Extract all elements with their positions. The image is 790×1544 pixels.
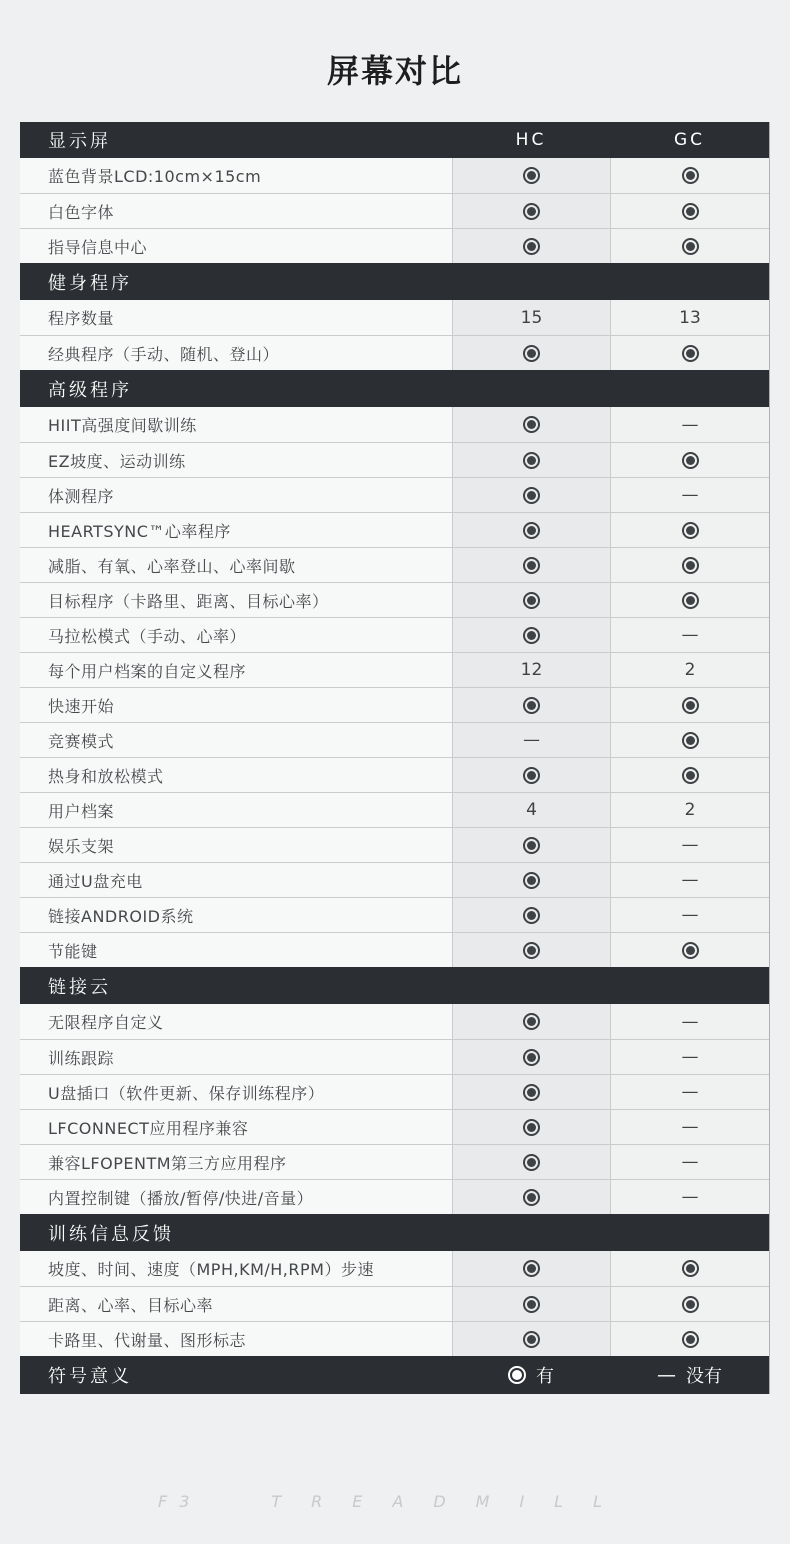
table-row: 娱乐支架—	[20, 827, 769, 862]
hc-value-cell	[452, 1145, 610, 1179]
table-row: 减脂、有氧、心率登山、心率间歇	[20, 547, 769, 582]
fisheye-icon	[523, 1119, 540, 1136]
table-row: 训练跟踪—	[20, 1039, 769, 1074]
fisheye-icon	[523, 1013, 540, 1030]
hc-value-cell	[452, 194, 610, 228]
dash-icon: —	[682, 1012, 699, 1032]
dash-icon: —	[682, 1082, 699, 1102]
hc-value-cell	[452, 1322, 610, 1356]
table-row: 白色字体	[20, 193, 769, 228]
hc-value-cell	[452, 898, 610, 932]
gc-value-cell	[610, 194, 769, 228]
hc-value-cell	[452, 443, 610, 477]
fisheye-icon	[682, 767, 699, 784]
fisheye-icon	[523, 238, 540, 255]
fisheye-icon	[523, 522, 540, 539]
value-text: 15	[521, 308, 543, 328]
row-label: 节能键	[20, 933, 452, 967]
dash-icon: —	[523, 730, 540, 750]
table-row: EZ坡度、运动训练	[20, 442, 769, 477]
row-label: 无限程序自定义	[20, 1004, 452, 1039]
row-label: HIIT高强度间歇训练	[20, 407, 452, 442]
page-title: 屏幕对比	[0, 0, 790, 94]
column-header-gc: GC	[610, 130, 769, 150]
table-row: 链接ANDROID系统—	[20, 897, 769, 932]
fisheye-icon	[523, 167, 540, 184]
fisheye-icon	[523, 1189, 540, 1206]
fisheye-icon	[682, 1296, 699, 1313]
fisheye-icon	[682, 942, 699, 959]
row-label: 每个用户档案的自定义程序	[20, 653, 452, 687]
hc-value-cell	[452, 1180, 610, 1214]
gc-value-cell	[610, 158, 769, 193]
table-row: LFCONNECT应用程序兼容—	[20, 1109, 769, 1144]
fisheye-icon	[682, 1260, 699, 1277]
section-title: 训练信息反馈	[20, 1220, 769, 1246]
gc-value-cell: —	[610, 898, 769, 932]
table-row: 热身和放松模式	[20, 757, 769, 792]
fisheye-icon	[682, 522, 699, 539]
row-label: LFCONNECT应用程序兼容	[20, 1110, 452, 1144]
fisheye-icon	[682, 1331, 699, 1348]
value-text: 4	[526, 800, 537, 820]
section-rows: HIIT高强度间歇训练—EZ坡度、运动训练体测程序—HEARTSYNC™心率程序…	[20, 407, 769, 967]
section-title: 链接云	[20, 973, 769, 999]
gc-value-cell: 2	[610, 653, 769, 687]
legend-present-label: 有	[536, 1362, 554, 1388]
gc-value-cell	[610, 758, 769, 792]
row-label: EZ坡度、运动训练	[20, 443, 452, 477]
section-title: 健身程序	[20, 269, 769, 295]
fisheye-icon	[682, 452, 699, 469]
row-label: HEARTSYNC™心率程序	[20, 513, 452, 547]
hc-value-cell	[452, 548, 610, 582]
dash-icon: —	[682, 1047, 699, 1067]
table-row: 竞赛模式—	[20, 722, 769, 757]
row-label: 白色字体	[20, 194, 452, 228]
hc-value-cell	[452, 933, 610, 967]
hc-value-cell	[452, 478, 610, 512]
hc-value-cell	[452, 618, 610, 652]
table-row: 节能键	[20, 932, 769, 967]
table-row: 经典程序（手动、随机、登山）	[20, 335, 769, 370]
gc-value-cell	[610, 688, 769, 722]
gc-value-cell: —	[610, 618, 769, 652]
watermark-model: F3	[158, 1492, 201, 1511]
fisheye-icon	[508, 1366, 526, 1384]
fisheye-icon	[523, 203, 540, 220]
legend-absent-label: 没有	[686, 1362, 722, 1388]
row-label: 用户档案	[20, 793, 452, 827]
fisheye-icon	[523, 627, 540, 644]
fisheye-icon	[523, 452, 540, 469]
table-row: 内置控制键（播放/暂停/快进/音量）—	[20, 1179, 769, 1214]
hc-value-cell	[452, 828, 610, 862]
hc-value-cell: —	[452, 723, 610, 757]
dash-icon: —	[657, 1364, 676, 1386]
gc-value-cell	[610, 336, 769, 370]
hc-value-cell	[452, 1040, 610, 1074]
fisheye-icon	[523, 557, 540, 574]
gc-value-cell	[610, 933, 769, 967]
row-label: 坡度、时间、速度（MPH,KM/H,RPM）步速	[20, 1251, 452, 1286]
gc-value-cell: —	[610, 1180, 769, 1214]
table-row: 卡路里、代谢量、图形标志	[20, 1321, 769, 1356]
dash-icon: —	[682, 1117, 699, 1137]
table-row: 指导信息中心	[20, 228, 769, 263]
gc-value-cell: 2	[610, 793, 769, 827]
row-label: 快速开始	[20, 688, 452, 722]
hc-value-cell	[452, 1251, 610, 1286]
dash-icon: —	[682, 835, 699, 855]
section-header: 训练信息反馈	[20, 1214, 769, 1251]
hc-value-cell	[452, 1287, 610, 1321]
table-row: 快速开始	[20, 687, 769, 722]
fisheye-icon	[523, 907, 540, 924]
watermark: F3TREADMILL	[0, 1492, 790, 1511]
hc-value-cell	[452, 863, 610, 897]
gc-value-cell	[610, 583, 769, 617]
fisheye-icon	[523, 345, 540, 362]
column-header-hc: HC	[452, 130, 610, 150]
row-label: 蓝色背景LCD:10cm×15cm	[20, 158, 452, 193]
row-label: 通过U盘充电	[20, 863, 452, 897]
value-text: 12	[521, 660, 543, 680]
gc-value-cell: —	[610, 1110, 769, 1144]
hc-value-cell	[452, 158, 610, 193]
row-label: 兼容LFOPENTM第三方应用程序	[20, 1145, 452, 1179]
legend-present: 有	[452, 1362, 610, 1388]
table-row: 体测程序—	[20, 477, 769, 512]
hc-value-cell	[452, 1075, 610, 1109]
dash-icon: —	[682, 1187, 699, 1207]
row-label: 卡路里、代谢量、图形标志	[20, 1322, 452, 1356]
hc-value-cell: 4	[452, 793, 610, 827]
fisheye-icon	[523, 1260, 540, 1277]
gc-value-cell	[610, 513, 769, 547]
section-rows: 坡度、时间、速度（MPH,KM/H,RPM）步速距离、心率、目标心率卡路里、代谢…	[20, 1251, 769, 1356]
table-row: U盘插口（软件更新、保存训练程序）—	[20, 1074, 769, 1109]
fisheye-icon	[523, 942, 540, 959]
fisheye-icon	[523, 1331, 540, 1348]
hc-value-cell	[452, 336, 610, 370]
table-row: 用户档案42	[20, 792, 769, 827]
section-rows: 无限程序自定义—训练跟踪—U盘插口（软件更新、保存训练程序）—LFCONNECT…	[20, 1004, 769, 1214]
gc-value-cell: —	[610, 1075, 769, 1109]
row-label: 竞赛模式	[20, 723, 452, 757]
table-row: 距离、心率、目标心率	[20, 1286, 769, 1321]
table-row: 无限程序自定义—	[20, 1004, 769, 1039]
fisheye-icon	[682, 345, 699, 362]
legend-title: 符号意义	[20, 1362, 452, 1388]
gc-value-cell: —	[610, 828, 769, 862]
row-label: 热身和放松模式	[20, 758, 452, 792]
gc-value-cell: 13	[610, 300, 769, 335]
gc-value-cell	[610, 1251, 769, 1286]
dash-icon: —	[682, 905, 699, 925]
value-text: 2	[685, 800, 696, 820]
gc-value-cell	[610, 443, 769, 477]
fisheye-icon	[523, 592, 540, 609]
value-text: 2	[685, 660, 696, 680]
hc-value-cell	[452, 1110, 610, 1144]
hc-value-cell	[452, 688, 610, 722]
table-row: 程序数量1513	[20, 300, 769, 335]
section-header: 高级程序	[20, 370, 769, 407]
gc-value-cell: —	[610, 478, 769, 512]
fisheye-icon	[523, 416, 540, 433]
hc-value-cell	[452, 513, 610, 547]
gc-value-cell: —	[610, 407, 769, 442]
fisheye-icon	[523, 1084, 540, 1101]
table-row: 目标程序（卡路里、距离、目标心率）	[20, 582, 769, 617]
hc-value-cell	[452, 407, 610, 442]
section-header: 链接云	[20, 967, 769, 1004]
row-label: 内置控制键（播放/暂停/快进/音量）	[20, 1180, 452, 1214]
fisheye-icon	[523, 872, 540, 889]
row-label: 距离、心率、目标心率	[20, 1287, 452, 1321]
gc-value-cell	[610, 1322, 769, 1356]
fisheye-icon	[682, 732, 699, 749]
fisheye-icon	[523, 1049, 540, 1066]
value-text: 13	[679, 308, 701, 328]
table-header-row: 显示屏 HC GC	[20, 122, 769, 158]
row-label: U盘插口（软件更新、保存训练程序）	[20, 1075, 452, 1109]
row-label: 体测程序	[20, 478, 452, 512]
row-label: 训练跟踪	[20, 1040, 452, 1074]
dash-icon: —	[682, 415, 699, 435]
watermark-name: TREADMILL	[271, 1492, 632, 1511]
gc-value-cell	[610, 723, 769, 757]
table-row: HIIT高强度间歇训练—	[20, 407, 769, 442]
hc-value-cell	[452, 583, 610, 617]
fisheye-icon	[682, 592, 699, 609]
fisheye-icon	[523, 767, 540, 784]
dash-icon: —	[682, 870, 699, 890]
comparison-table: 显示屏 HC GC 蓝色背景LCD:10cm×15cm白色字体指导信息中心健身程…	[20, 122, 770, 1394]
dash-icon: —	[682, 485, 699, 505]
table-row: 坡度、时间、速度（MPH,KM/H,RPM）步速	[20, 1251, 769, 1286]
table-body: 蓝色背景LCD:10cm×15cm白色字体指导信息中心健身程序程序数量1513经…	[20, 158, 769, 1356]
fisheye-icon	[682, 203, 699, 220]
legend-row: 符号意义 有 — 没有	[20, 1356, 769, 1394]
gc-value-cell: —	[610, 1004, 769, 1039]
hc-value-cell: 15	[452, 300, 610, 335]
fisheye-icon	[523, 1154, 540, 1171]
gc-value-cell: —	[610, 1145, 769, 1179]
gc-value-cell: —	[610, 1040, 769, 1074]
row-label: 指导信息中心	[20, 229, 452, 263]
section-header: 健身程序	[20, 263, 769, 300]
fisheye-icon	[682, 557, 699, 574]
row-label: 娱乐支架	[20, 828, 452, 862]
hc-value-cell	[452, 758, 610, 792]
row-label: 马拉松模式（手动、心率）	[20, 618, 452, 652]
row-label: 减脂、有氧、心率登山、心率间歇	[20, 548, 452, 582]
row-label: 链接ANDROID系统	[20, 898, 452, 932]
row-label: 经典程序（手动、随机、登山）	[20, 336, 452, 370]
fisheye-icon	[523, 487, 540, 504]
gc-value-cell: —	[610, 863, 769, 897]
hc-value-cell	[452, 1004, 610, 1039]
table-row: 每个用户档案的自定义程序122	[20, 652, 769, 687]
gc-value-cell	[610, 1287, 769, 1321]
legend-absent: — 没有	[610, 1362, 769, 1388]
dash-icon: —	[682, 1152, 699, 1172]
section-rows: 程序数量1513经典程序（手动、随机、登山）	[20, 300, 769, 370]
fisheye-icon	[682, 238, 699, 255]
hc-value-cell: 12	[452, 653, 610, 687]
table-row: 蓝色背景LCD:10cm×15cm	[20, 158, 769, 193]
gc-value-cell	[610, 229, 769, 263]
section-title: 高级程序	[20, 376, 769, 402]
hc-value-cell	[452, 229, 610, 263]
row-label: 程序数量	[20, 300, 452, 335]
fisheye-icon	[523, 837, 540, 854]
fisheye-icon	[682, 697, 699, 714]
row-label: 目标程序（卡路里、距离、目标心率）	[20, 583, 452, 617]
gc-value-cell	[610, 548, 769, 582]
dash-icon: —	[682, 625, 699, 645]
table-row: HEARTSYNC™心率程序	[20, 512, 769, 547]
section-title-display: 显示屏	[20, 127, 452, 153]
fisheye-icon	[523, 697, 540, 714]
fisheye-icon	[523, 1296, 540, 1313]
table-row: 马拉松模式（手动、心率）—	[20, 617, 769, 652]
section-rows: 蓝色背景LCD:10cm×15cm白色字体指导信息中心	[20, 158, 769, 263]
table-row: 兼容LFOPENTM第三方应用程序—	[20, 1144, 769, 1179]
table-row: 通过U盘充电—	[20, 862, 769, 897]
fisheye-icon	[682, 167, 699, 184]
